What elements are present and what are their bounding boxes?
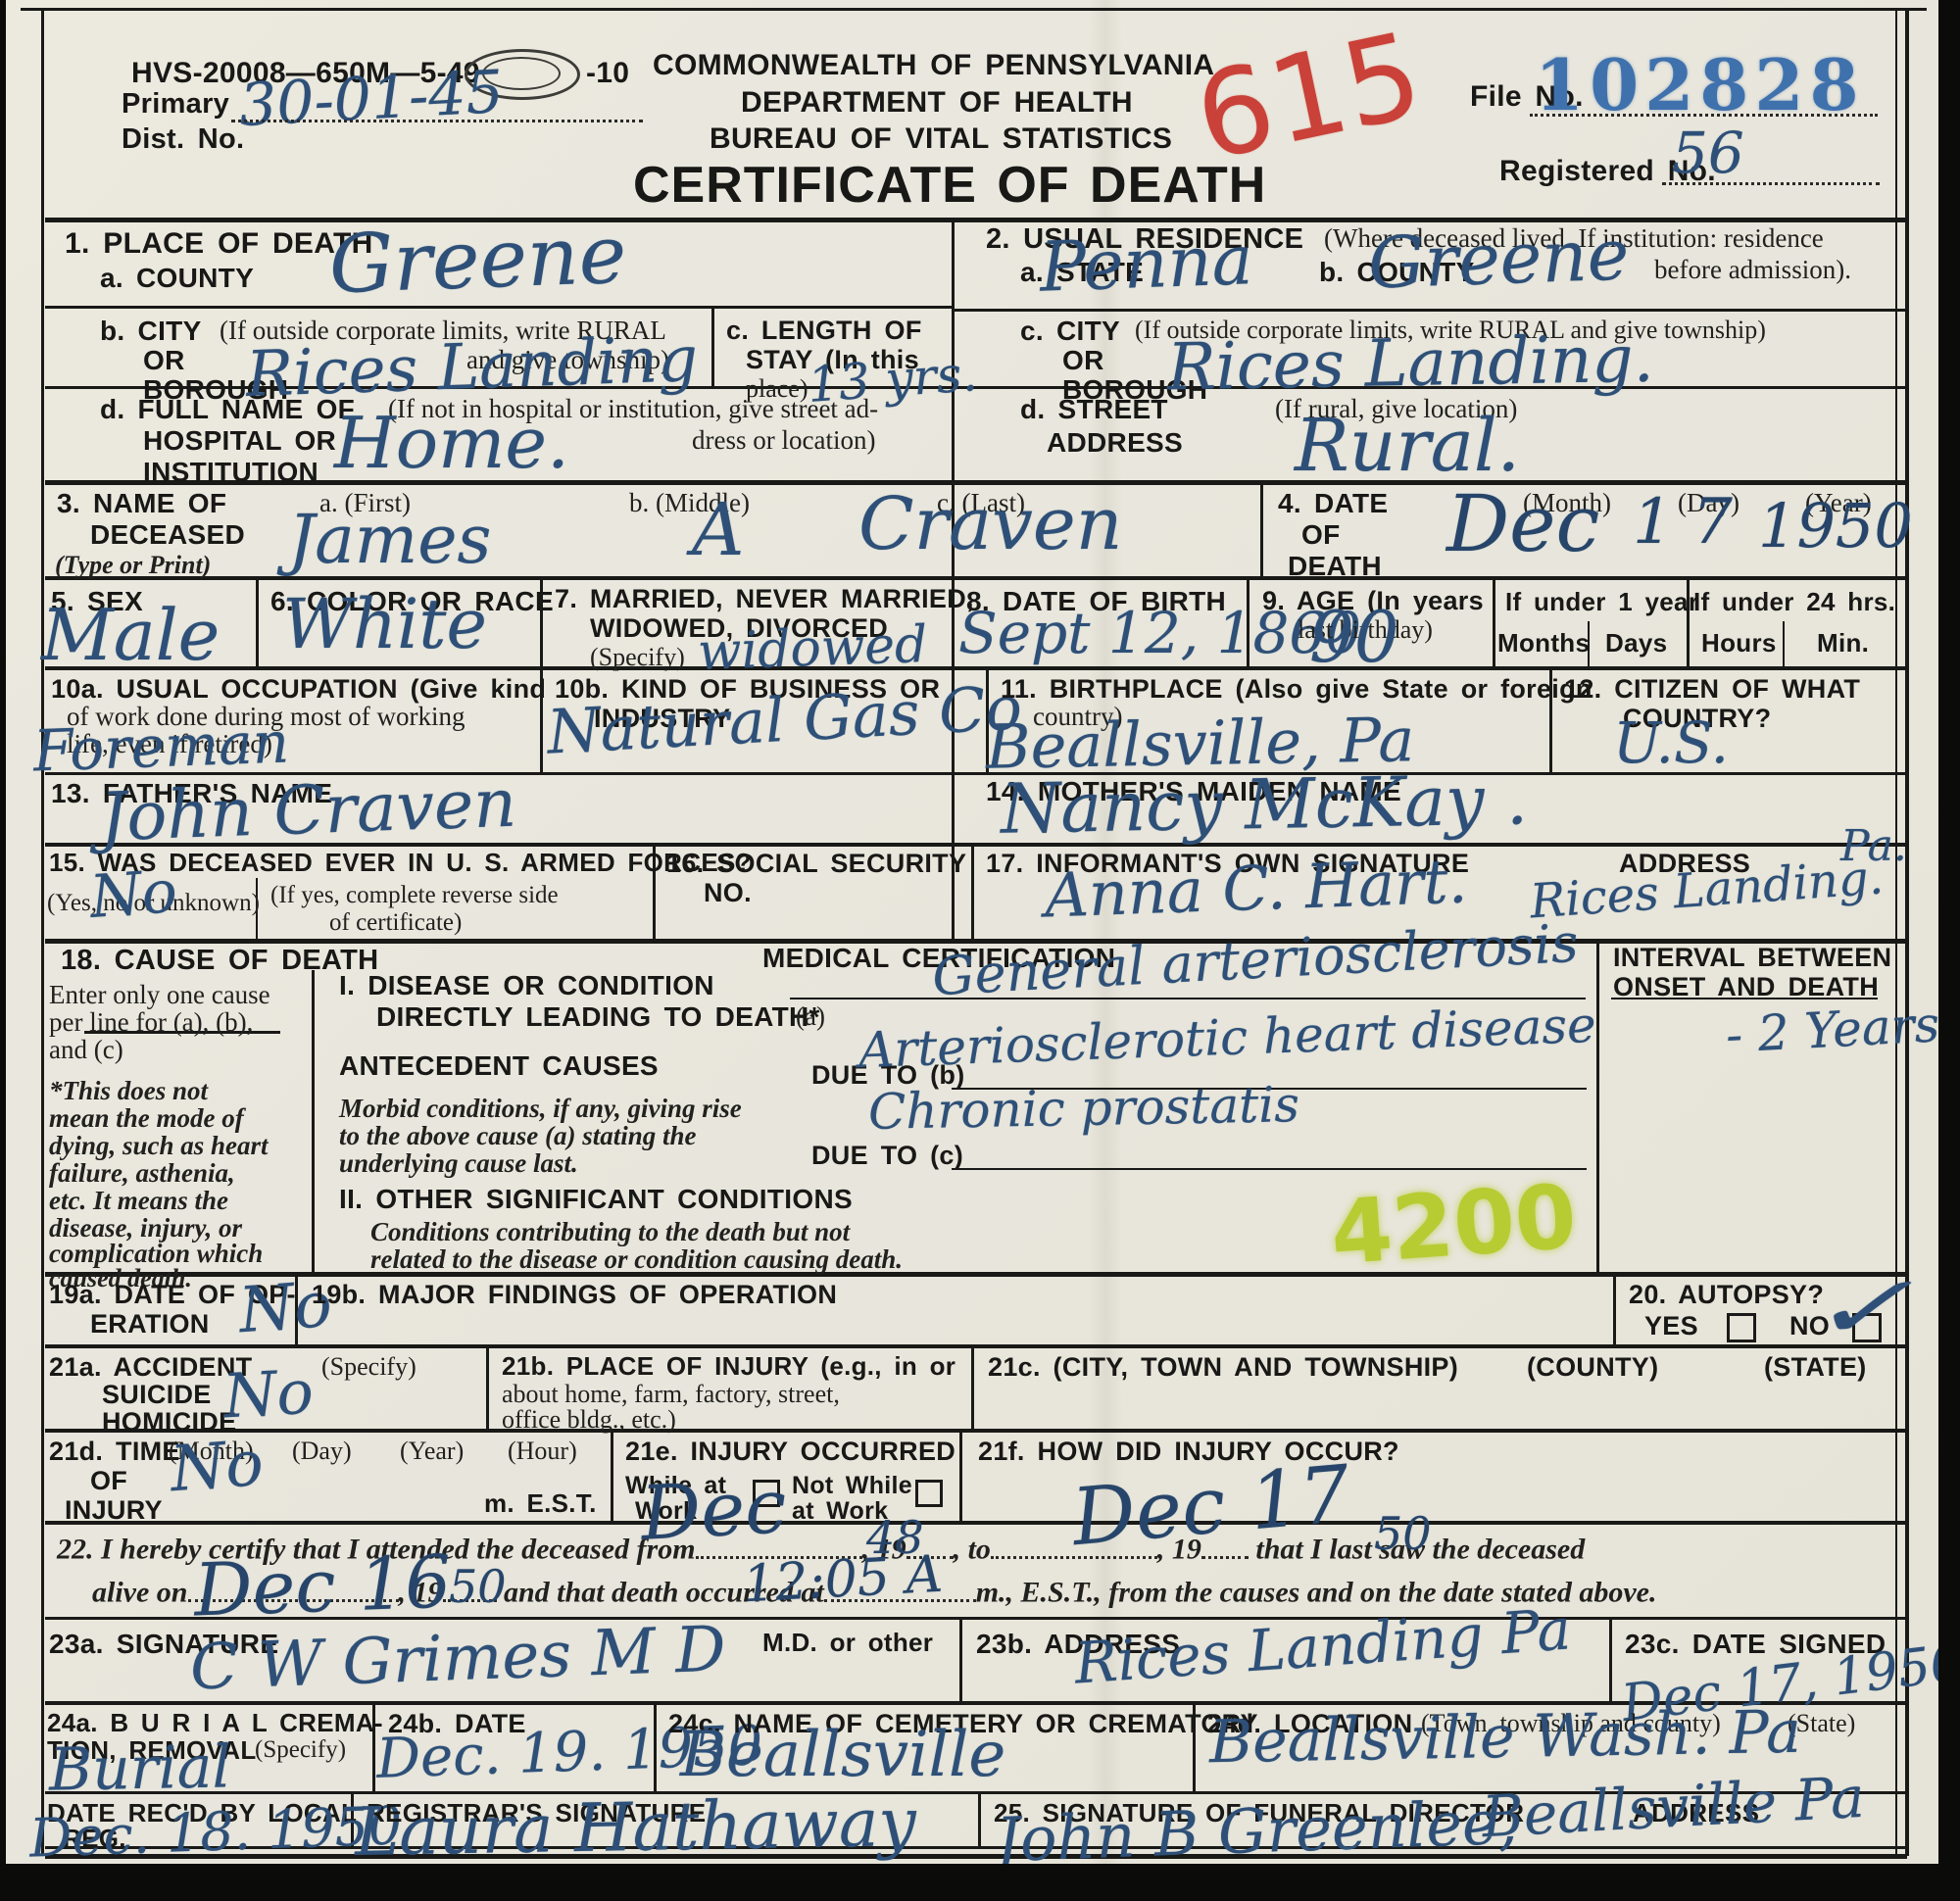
certificate-paper: HVS-20008—650M—5-49 -10 Primary Dist. No… [6, 0, 1938, 1864]
field-16-ssn-label2: NO. [704, 878, 752, 907]
under-1-year-label: If under 1 year [1505, 588, 1698, 616]
certificate-title: CERTIFICATE OF DEATH [633, 157, 1266, 214]
citizen-value-handwritten: U.S. [1613, 709, 1729, 776]
field-1b-city-label: b. CITY [100, 316, 202, 346]
under-24-hrs-label: If under 24 hrs. [1693, 588, 1895, 616]
injury-year-label: (Year) [400, 1437, 464, 1466]
injury-hour-label: (Hour) [508, 1437, 577, 1466]
other-conditions-note-line: related to the disease or condition caus… [370, 1244, 903, 1275]
registered-no-dotted-line [1662, 182, 1880, 185]
last-name-value-handwritten: Craven [858, 482, 1122, 566]
field-3-label1: 3. NAME OF [57, 488, 226, 518]
field-21b-label1: 21b. PLACE OF INJURY (e.g., in or [502, 1352, 955, 1381]
antecedent-causes-label: ANTECEDENT CAUSES [339, 1050, 659, 1081]
certify-text: , to [954, 1534, 991, 1566]
divider [45, 1429, 1907, 1433]
cause-footnote-line: failure, asthenia, [49, 1158, 235, 1189]
red-crayon-number: 615 [1185, 8, 1433, 188]
cause-footnote-line: dying, such as heart [49, 1131, 269, 1161]
field-21c-county-label: (COUNTY) [1527, 1352, 1658, 1382]
other-significant-conditions-label: II. OTHER SIGNIFICANT CONDITIONS [339, 1184, 853, 1214]
interval-label2: ONSET AND DEATH [1613, 972, 1879, 1001]
burial-value-handwritten: Burial [48, 1732, 231, 1804]
field-1d-label1: d. FULL NAME OF [100, 394, 355, 424]
armed-forces-value-handwritten: No [88, 857, 179, 932]
md-or-other-label: M.D. or other [762, 1629, 933, 1657]
field-2-note2: before admission). [1654, 255, 1851, 285]
hospital-value-handwritten: Home. [334, 402, 569, 484]
field-4-label2: OF [1301, 519, 1340, 550]
registered-no-value-handwritten: 56 [1672, 120, 1744, 186]
field-24a-specify-label: (Specify) [255, 1736, 346, 1765]
field-1c-label1: c. LENGTH OF [726, 316, 922, 345]
divider [1596, 939, 1599, 1272]
divider [1493, 576, 1495, 666]
primary-label: Primary [122, 88, 229, 120]
field-4-label1: 4. DATE [1278, 488, 1388, 518]
scan-edge-left [0, 0, 6, 1901]
field-1b-or-label: OR [143, 345, 185, 375]
divider [1260, 480, 1263, 576]
field-2d-label1: d. STREET [1020, 394, 1168, 424]
divider [611, 1429, 613, 1521]
cause-note-line: and (c) [49, 1035, 123, 1065]
hours-label: Hours [1701, 629, 1777, 658]
morbid-note-line: to the above cause (a) stating the [339, 1121, 696, 1151]
cause-a-tag: (a) [796, 1001, 825, 1032]
death-time-handwritten: 12:05 A [742, 1545, 945, 1615]
field-11-label1: 11. BIRTHPLACE (Also give State or forei… [1001, 674, 1592, 704]
dod-year-value-handwritten: 1950 [1758, 490, 1913, 561]
interval-value-handwritten: - 2 Years [1725, 996, 1941, 1063]
field-19b-label: 19b. MAJOR FINDINGS OF OPERATION [312, 1280, 837, 1309]
field-21a-label2: SUICIDE [102, 1380, 212, 1409]
mother-name-value-handwritten: Nancy McKay . [1000, 759, 1528, 849]
street-address-value-handwritten: Rural. [1295, 404, 1520, 488]
field-3-label2: DECEASED [90, 519, 245, 550]
cause-note-line: Enter only one cause [49, 980, 270, 1010]
first-name-value-handwritten: James [288, 502, 491, 579]
field-21c-state-label: (STATE) [1764, 1352, 1867, 1382]
informant-address-state-handwritten: Pa. [1840, 821, 1907, 871]
divider [971, 1344, 974, 1429]
divider [312, 970, 315, 1272]
race-value-handwritten: White [282, 584, 487, 664]
field-15-note2: (If yes, complete reverse side [270, 882, 559, 910]
cause-c-answer-line [952, 1168, 1587, 1170]
cause-b-value-handwritten: Arteriosclerotic heart disease [857, 997, 1596, 1079]
dod-month-value-handwritten: Dec [1446, 478, 1599, 569]
divider [1895, 8, 1897, 1856]
certify-text: alive on [92, 1577, 188, 1609]
not-while-at-work-label1: Not While [792, 1472, 912, 1499]
alive-on-date-handwritten: Dec 16 [193, 1539, 453, 1633]
field-16-ssn-label1: 16. SOCIAL SECURITY [666, 849, 966, 878]
cause-footnote-line: *This does not [49, 1076, 208, 1106]
divider [21, 8, 1927, 11]
informant-signature-handwritten: Anna C. Hart. [1044, 845, 1469, 931]
residence-state-value-handwritten: Penna [1039, 219, 1254, 308]
cause-c-value-handwritten: Chronic prostatis [868, 1076, 1300, 1141]
divider [256, 576, 259, 666]
date-received-handwritten: Dec. 18. 1950 [28, 1794, 403, 1869]
department-line: DEPARTMENT OF HEALTH [741, 86, 1133, 120]
injury-day-label: (Day) [292, 1437, 352, 1466]
county-value-handwritten: Greene [327, 209, 627, 313]
field-1d-label3: INSTITUTION [143, 457, 318, 487]
field-20-autopsy-label: 20. AUTOPSY? [1629, 1280, 1824, 1309]
middle-name-value-handwritten: A [692, 488, 744, 572]
field-2d-label2: ADDRESS [1047, 427, 1183, 458]
bureau-line: BUREAU OF VITAL STATISTICS [710, 122, 1172, 156]
divider [1905, 8, 1909, 1856]
scanned-death-certificate: HVS-20008—650M—5-49 -10 Primary Dist. No… [0, 0, 1960, 1901]
field-21d-label3: INJURY [65, 1495, 163, 1525]
cause-a-answer-line [790, 998, 1586, 999]
min-label: Min. [1817, 629, 1869, 658]
field-19a-label2: ERATION [90, 1309, 210, 1339]
field-2c-or-label: OR [1062, 345, 1104, 375]
field-18-title: 18. CAUSE OF DEATH [61, 945, 378, 976]
autopsy-yes-label: YES [1644, 1311, 1698, 1340]
divider [45, 1521, 1907, 1525]
disease-condition-label2: DIRECTLY LEADING TO DEATH* [376, 1001, 820, 1032]
time-of-injury-value-handwritten: No [169, 1428, 266, 1506]
divider [45, 1344, 1907, 1348]
divider [1613, 1272, 1616, 1344]
field-21e-label: 21e. INJURY OCCURRED [625, 1437, 955, 1466]
highlighter-number: 4200 [1328, 1165, 1580, 1285]
months-label: Months [1497, 629, 1590, 658]
interval-label1: INTERVAL BETWEEN [1613, 943, 1891, 972]
sex-value-handwritten: Male [41, 594, 220, 676]
cemetery-location-handwritten: Beallsville Wash. Pa [1208, 1698, 1801, 1778]
injury-est-label: m. E.S.T. [484, 1489, 597, 1518]
file-no-dotted-line [1530, 114, 1878, 117]
attended-to-year-handwritten: 50 [1374, 1507, 1432, 1560]
not-while-at-work-checkbox [915, 1480, 943, 1507]
divider [959, 1429, 962, 1521]
field-21c-label: 21c. (CITY, TOWN AND TOWNSHIP) [988, 1352, 1458, 1382]
field-1a-county-label: a. COUNTY [100, 263, 254, 293]
divider [711, 306, 714, 386]
attended-from-month-handwritten: Dec [639, 1462, 789, 1557]
dod-day-value-handwritten: 1 7 [1633, 486, 1733, 559]
age-value-handwritten: 90 [1309, 596, 1399, 678]
field-10a-label1: 10a. USUAL OCCUPATION (Give kind [51, 674, 546, 704]
field-21a-specify-label: (Specify) [321, 1352, 416, 1382]
divider [978, 1791, 981, 1846]
cause-footnote-line: mean the mode of [49, 1103, 244, 1134]
commonwealth-line: COMMONWEALTH OF PENNSYLVANIA [653, 49, 1214, 82]
residence-city-value-handwritten: Rices Landing. [1166, 321, 1654, 406]
autopsy-no-checkmark: ✓ [1795, 1259, 1926, 1359]
field-3-label3: (Type or Print) [55, 551, 211, 580]
cause-note-line: per line for (a), (b), [49, 1007, 253, 1038]
informant-address-handwritten: Rices Landing. [1528, 850, 1885, 929]
father-name-value-handwritten: John Craven [99, 765, 517, 857]
scan-edge-bottom [0, 1864, 1960, 1901]
funeral-director-address-handwritten: Beallsville Pa [1480, 1764, 1866, 1850]
field-4-label3: DEATH [1288, 551, 1382, 581]
field-15-note3: of certificate) [329, 909, 462, 938]
divider [45, 306, 952, 309]
morbid-note-line: underlying cause last. [339, 1148, 578, 1179]
cemetery-value-handwritten: Beallsville [680, 1719, 1005, 1791]
registrar-signature-handwritten: Laura Hathaway [354, 1784, 916, 1872]
alive-on-year-handwritten: 50 [449, 1560, 507, 1613]
divider [1783, 621, 1785, 666]
divider [1609, 1617, 1612, 1701]
dist-no-label: Dist. No. [122, 123, 244, 155]
field-21b-label3: office bldg., etc.) [502, 1405, 676, 1435]
divider [971, 843, 974, 939]
due-to-c-label: DUE TO (c) [811, 1141, 963, 1170]
other-conditions-note-line: Conditions contributing to the death but… [370, 1217, 850, 1247]
disease-condition-label1: I. DISEASE OR CONDITION [339, 970, 714, 1000]
cause-a-value-handwritten: General arteriosclerosis [931, 912, 1580, 1007]
field-7-label1: 7. MARRIED, NEVER MARRIED, [555, 584, 974, 613]
divider [959, 1617, 962, 1701]
field-1d-label2: HOSPITAL OR [143, 425, 336, 456]
cause-footnote-line: etc. It means the [49, 1186, 228, 1216]
physician-address-handwritten: Rices Landing Pa [1072, 1595, 1573, 1696]
field-1d-note2: dress or location) [692, 425, 875, 456]
field-21d-label1: 21d. TIME [49, 1437, 180, 1466]
dist-no-dotted-line [231, 120, 643, 122]
autopsy-yes-checkbox [1727, 1313, 1756, 1342]
form-code-suffix: -10 [586, 57, 629, 90]
residence-county-value-handwritten: Greene [1367, 213, 1631, 304]
field-21d-label2: OF [90, 1466, 127, 1495]
accident-value-handwritten: No [221, 1356, 315, 1433]
field-12-label1: 12. CITIZEN OF WHAT [1564, 674, 1860, 704]
divider [45, 666, 1907, 670]
marital-status-value-handwritten: widowed [697, 615, 928, 682]
morbid-note-line: Morbid conditions, if any, giving rise [339, 1094, 742, 1124]
days-label: Days [1605, 629, 1667, 658]
divider [45, 218, 1907, 222]
divider [952, 772, 955, 843]
field-7-specify-label: (Specify) [590, 643, 685, 672]
dist-no-value-handwritten: 30-01-45 [237, 58, 505, 140]
scan-edge-right [1938, 0, 1960, 1901]
divider [952, 309, 1907, 312]
divider [486, 1344, 489, 1429]
divider [41, 8, 44, 1856]
field-1-title: 1. PLACE OF DEATH [65, 227, 373, 261]
field-2c-city-label: c. CITY [1020, 316, 1120, 346]
